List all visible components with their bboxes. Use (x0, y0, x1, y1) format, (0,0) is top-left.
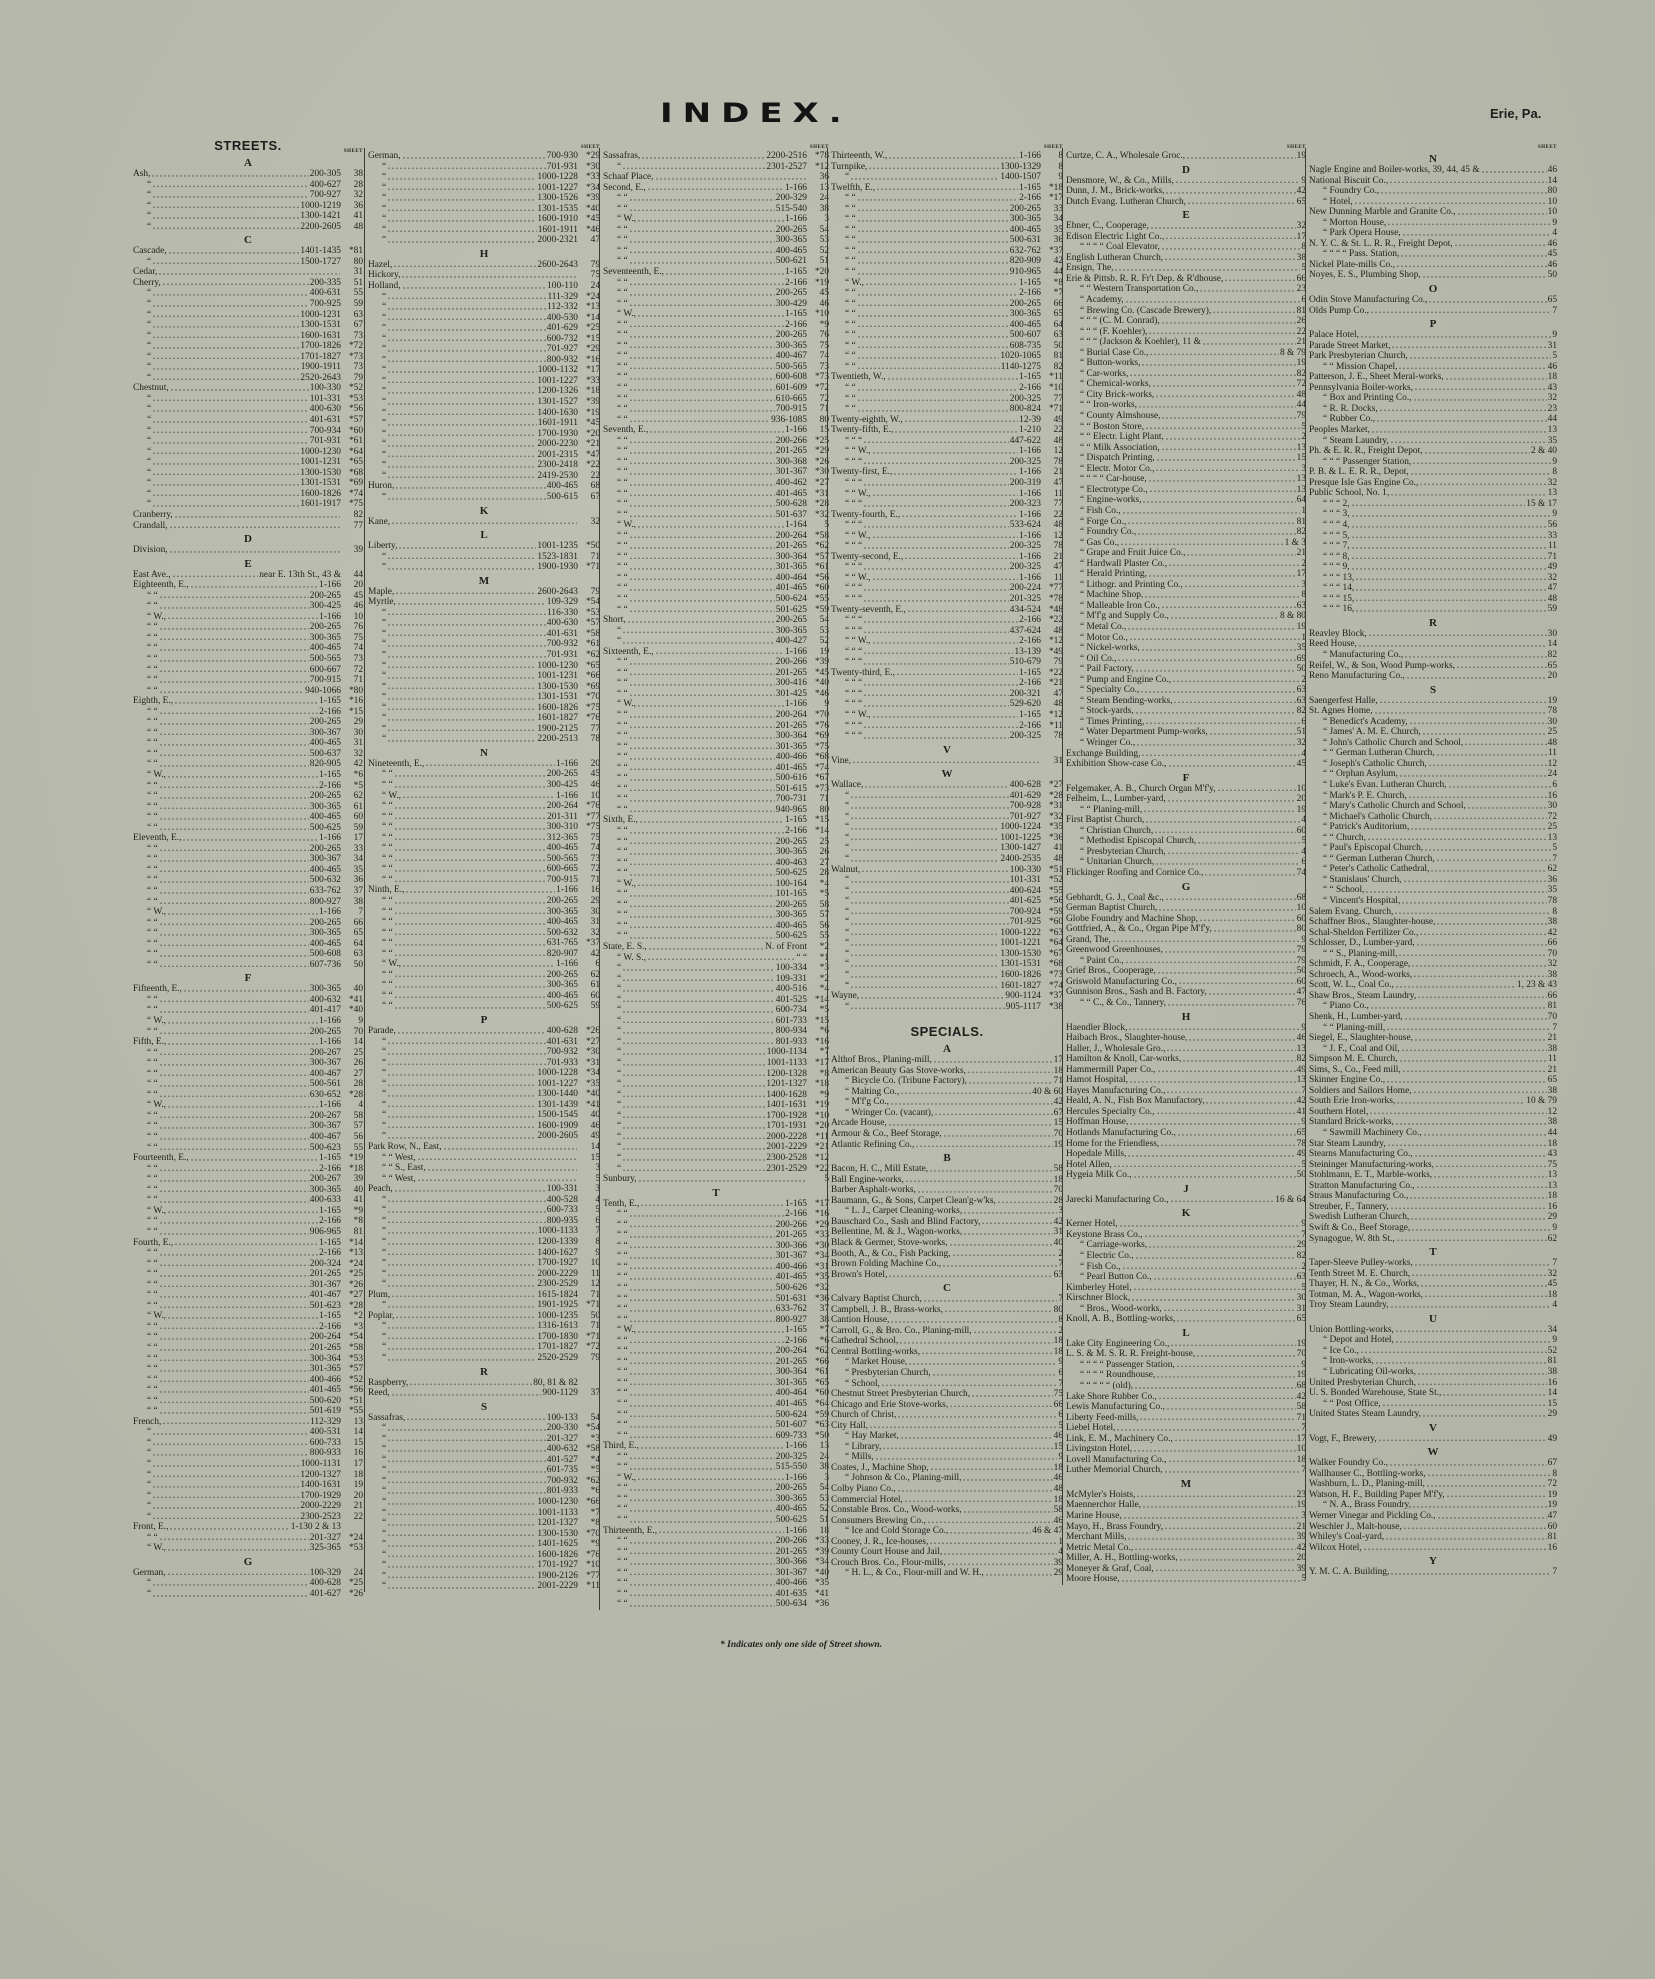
entry-range: 1-166 (319, 833, 341, 844)
entry-sheet: 13 (807, 1441, 829, 1452)
street-entry: “ “300-36553 (603, 1494, 829, 1505)
leader-dots (622, 1047, 766, 1058)
entry-name: “ W., (133, 1311, 166, 1322)
entry-range: 1-166 (785, 647, 807, 658)
street-entry: “1701-1931*20 (603, 1121, 829, 1132)
street-entry: “2001-2229*11 (368, 1581, 600, 1592)
entry-range: 500-625 (310, 823, 341, 834)
entry-sheet: *31 (807, 489, 829, 500)
entry-name: “ “ (831, 193, 856, 204)
special-entry: Barber Asphalt-works,70 (831, 1185, 1063, 1196)
entry-name: “ “ (603, 541, 628, 552)
street-entry: “400-628*25 (133, 1578, 363, 1589)
street-entry: “1001-1221*64 (831, 938, 1063, 949)
entry-sheet: *29 (807, 1220, 829, 1231)
special-entry: “ John's Catholic Church and School,48 (1309, 738, 1557, 749)
special-entry: “ Dispatch Printing,15 (1066, 453, 1306, 464)
leader-dots (1160, 1139, 1295, 1150)
entry-sheet: 10 (341, 612, 363, 623)
leader-dots (1467, 801, 1547, 812)
entry-name: Watson, H. F., Building Paper M'f'y, (1309, 1490, 1445, 1501)
leader-dots (896, 668, 1018, 679)
entry-name: “ “ (133, 675, 158, 686)
entry-name: “ (603, 963, 621, 974)
special-entry: Densmore, W., & Co., Mills,9 (1066, 176, 1306, 187)
entry-name: Brown's Hotel, (831, 1270, 887, 1281)
special-entry: “ Hardwall Plaster Co.,2 (1066, 559, 1306, 570)
entry-name: “ “ Planing-mill, (1309, 1023, 1385, 1034)
leader-dots (1168, 1455, 1296, 1466)
street-entry: “800-934*6 (603, 1026, 829, 1037)
entry-name: “ “ (831, 299, 856, 310)
street-entry: “ “101-165*5 (603, 889, 829, 900)
street-entry: “401-625*56 (831, 896, 1063, 907)
leader-dots (409, 1378, 532, 1389)
leader-dots (1127, 1532, 1295, 1543)
footnote: * Indicates only one side of Street show… (720, 1640, 882, 1650)
leader-dots (152, 489, 299, 500)
leader-dots (1143, 805, 1295, 816)
entry-sheet: *54 (578, 597, 600, 608)
entry-range: 300-365 (310, 984, 341, 995)
entry-range: 301-367 (310, 1280, 341, 1291)
entry-range: 1400-1631 (300, 1480, 341, 1491)
entry-range: 800-934 (776, 1026, 807, 1037)
entry-name: “ (368, 214, 386, 225)
entry-range: 400-630 (310, 404, 341, 415)
street-entry: Sixteenth, E.,1-16619 (603, 647, 829, 658)
leader-dots (152, 341, 299, 352)
entry-range: 1-166 (556, 791, 578, 802)
street-entry: “ “600-66772 (133, 665, 363, 676)
street-entry: Wallace,400-628*27 (831, 780, 1063, 791)
entry-name: Holland, (368, 281, 401, 292)
leader-dots (387, 450, 536, 461)
special-entry: Totman, M. A., Wagon-works,18 (1309, 1290, 1557, 1301)
entry-range: 2-166 (1019, 636, 1041, 647)
special-entry: Tenth Street M. E. Church,32 (1309, 1269, 1557, 1280)
entry-name: “ “ (133, 591, 158, 602)
entry-sheet: *22 (578, 460, 600, 471)
entry-name: “ (133, 362, 151, 373)
leader-dots (857, 320, 1009, 331)
entry-range: 300-429 (776, 299, 807, 310)
leader-dots (159, 823, 309, 834)
entry-range: 400-465 (776, 246, 807, 257)
entry-name: Seventeenth, E., (603, 267, 664, 278)
entry-sheet: 63 (341, 949, 363, 960)
entry-sheet: *37 (1041, 991, 1063, 1002)
street-entry: Twelfth, E.,1-165*18 (831, 183, 1063, 194)
entry-name: “ (368, 1518, 386, 1529)
leader-dots (1391, 341, 1546, 352)
entry-name: “ (831, 959, 849, 970)
entry-name: “ (368, 1465, 386, 1476)
leader-dots (1413, 1086, 1547, 1097)
entry-range: 1301-1439 (537, 1100, 578, 1111)
entry-sheet: 53 (807, 626, 829, 637)
entry-sheet: *28 (341, 1090, 363, 1101)
entry-sheet: 8 (1041, 162, 1063, 173)
leader-dots (857, 341, 1009, 352)
entry-range: 400-465 (310, 643, 341, 654)
special-entry: “ Bros., Wood-works,31 (1066, 1304, 1306, 1315)
leader-dots (850, 875, 1009, 886)
special-entry: Erie & Pittsb. R. R. Fr't Dep. & R'dhous… (1066, 274, 1306, 285)
entry-range: 112-332 (547, 302, 578, 313)
leader-dots (629, 193, 775, 204)
entry-range: 500-615 (547, 492, 578, 503)
street-entry: “ “201-311*77 (368, 812, 600, 823)
entry-name: Fifth, E., (133, 1037, 166, 1048)
leader-dots (1351, 531, 1547, 542)
special-entry: Calvary Baptist Church,7 (831, 1294, 1063, 1305)
entry-name: Washburn, L. D., Planing-mill, (1309, 1479, 1425, 1490)
entry-sheet: 3 (807, 214, 829, 225)
leader-dots (968, 1076, 1053, 1087)
entry-name: “ (368, 193, 386, 204)
street-entry: “400-53114 (133, 1427, 363, 1438)
leader-dots (1161, 242, 1301, 253)
entry-name: Booth, A., & Co., Fish Packing, (831, 1249, 951, 1260)
leader-dots (152, 404, 309, 415)
entry-sheet: *25 (341, 1578, 363, 1589)
entry-name: “ “ (133, 1343, 158, 1354)
leader-dots (629, 1262, 775, 1273)
entry-name: Nickel Plate-mills Co., (1309, 260, 1395, 271)
entry-range: 2520-2529 (537, 1353, 578, 1364)
entry-name: “ “ (831, 320, 856, 331)
entry-name: “ Unitarian Church, (1066, 857, 1154, 868)
entry-range: 200-265 (1010, 204, 1041, 215)
entry-name: “ Water Department Pump-works, (1066, 727, 1208, 738)
entry-sheet: 80 (807, 805, 829, 816)
entry-name: “ “ (603, 531, 628, 542)
entry-name: “ (133, 1512, 151, 1523)
entry-name: “ “ (831, 362, 856, 373)
special-entry: “ “ Post Office,15 (1309, 1399, 1557, 1410)
entry-range: 300-364 (776, 552, 807, 563)
leader-dots (872, 446, 1019, 457)
leader-dots (629, 805, 775, 816)
special-entry: “ “ “ 5,33 (1309, 531, 1557, 542)
entry-range: 400-633 (310, 1195, 341, 1206)
leader-dots (394, 907, 546, 918)
entry-range: 501-619 (310, 1406, 341, 1417)
street-entry: “ “401-465*31 (603, 489, 829, 500)
leader-dots (1142, 495, 1295, 506)
street-entry: “ “501-623*28 (133, 1301, 363, 1312)
street-entry: “ “500-56573 (603, 362, 829, 373)
leader-dots (905, 1175, 1053, 1186)
entry-sheet: 16 (578, 885, 600, 896)
street-entry: “400-632*58 (368, 1444, 600, 1455)
entry-name: “ “ (603, 320, 628, 331)
leader-dots (888, 1118, 1053, 1129)
entry-range: 300-367 (310, 1121, 341, 1132)
entry-name: “ (133, 1470, 151, 1481)
entry-range: 500-621 (776, 256, 807, 267)
leader-dots (1137, 527, 1295, 538)
leader-dots (387, 1089, 536, 1100)
entry-sheet: *57 (341, 1364, 363, 1375)
entry-name: “ (368, 562, 386, 573)
leader-dots (629, 868, 775, 879)
entry-name: Kimberley Hotel, (1066, 1283, 1132, 1294)
entry-name: Twenty-eighth, W., (831, 415, 903, 426)
entry-sheet (341, 1522, 363, 1533)
entry-name: “ “ “ (831, 457, 862, 468)
entry-range: 500-565 (776, 362, 807, 373)
entry-sheet: *53 (341, 394, 363, 405)
leader-dots (1140, 685, 1295, 696)
special-entry: County Court House and Jail,4 (831, 1547, 1063, 1558)
entry-sheet: *27 (578, 1037, 600, 1048)
entry-name: “ “ Milk Association, (1066, 443, 1160, 454)
entry-range: 401-465 (776, 583, 807, 594)
street-entry: “ “501-619*55 (133, 1406, 363, 1417)
street-entry: “ “300-36730 (133, 728, 363, 739)
entry-sheet: 46 (578, 1121, 600, 1132)
entry-sheet: *66 (578, 1497, 600, 1508)
entry-range: 900-1124 (1005, 991, 1041, 1002)
entry-sheet: *29 (578, 151, 600, 162)
entry-name: Felheim, L., Lumber-yard, (1066, 794, 1166, 805)
street-entry: “ “ “201-325*78 (831, 594, 1063, 605)
leader-dots (637, 309, 784, 320)
special-entry: Greenwood Greenhouses,79 (1066, 945, 1306, 956)
special-entry: New Dunning Marble and Granite Co.,10 (1309, 207, 1557, 218)
entry-name: “ Hardwall Plaster Co., (1066, 559, 1167, 570)
street-entry: “1600-1826*75 (368, 703, 600, 714)
leader-dots (159, 686, 304, 697)
entry-name: “ “ (831, 246, 856, 257)
entry-name: “ “ (603, 773, 628, 784)
street-entry: “ “ “13-139*49 (831, 647, 1063, 658)
entry-name: “ “ “ 13, (1309, 573, 1354, 584)
entry-sheet: *32 (807, 1283, 829, 1294)
specials-column-1: SHEETAAlthof Bros., Planing-mill,17Ameri… (831, 1034, 1063, 1579)
leader-dots (622, 162, 765, 173)
street-entry: Seventeenth, E.,1-165*20 (603, 267, 829, 278)
entry-name: “ “ (603, 562, 628, 573)
leader-dots (1204, 868, 1295, 879)
street-entry: “ “500-624*55 (603, 594, 829, 605)
street-entry: “ “400-46564 (133, 939, 363, 950)
special-entry: Sims, S., Co., Feed mill,21 (1309, 1065, 1557, 1076)
entry-sheet: 39 (341, 545, 363, 556)
entry-range: 201-327 (310, 1533, 341, 1544)
entry-name: Cooney, J. R., Ice-houses, (831, 1537, 928, 1548)
leader-dots (152, 299, 309, 310)
leader-dots (394, 938, 546, 949)
entry-sheet: *68 (807, 752, 829, 763)
entry-name: “ (831, 843, 849, 854)
entry-sheet: *10 (807, 1111, 829, 1122)
entry-name: “ (368, 661, 386, 672)
leader-dots (1156, 1107, 1296, 1118)
leader-dots (387, 193, 536, 204)
entry-name: “ (368, 172, 386, 183)
entry-name: “ (133, 394, 151, 405)
leader-dots (387, 439, 536, 450)
leader-dots (159, 1027, 309, 1038)
leader-dots (1205, 1096, 1295, 1107)
entry-name: “ (133, 447, 151, 458)
entry-name: “ Mary's Catholic Church and School, (1309, 801, 1466, 812)
street-entry: “ “200-26566 (831, 299, 1063, 310)
entry-sheet: *56 (807, 573, 829, 584)
street-entry: “1201-1327*8 (368, 1518, 600, 1529)
leader-dots (629, 1220, 775, 1231)
leader-dots (629, 1504, 775, 1515)
entry-name: “ (368, 376, 386, 387)
street-entry: “800-932*16 (368, 355, 600, 366)
entry-sheet: *27 (807, 478, 829, 489)
leader-dots (942, 1259, 1057, 1270)
leader-dots (402, 281, 547, 292)
street-entry: “1316-161371 (368, 1321, 600, 1332)
entry-sheet: 66 (1548, 938, 1557, 949)
leader-dots (159, 707, 318, 718)
entry-name: “ “ (603, 1388, 628, 1399)
entry-sheet: *22 (1041, 668, 1063, 679)
leader-dots (394, 801, 546, 812)
leader-dots (850, 917, 1009, 928)
street-entry: “111-329*24 (368, 292, 600, 303)
entry-sheet: 72 (341, 665, 363, 676)
leader-dots (629, 446, 775, 457)
entry-name: “ (603, 636, 621, 647)
leader-dots (923, 1294, 1057, 1305)
streets-column-2: SHEETGerman,700-930*29“701-931*30“1000-1… (364, 148, 600, 1592)
leader-dots (1176, 1360, 1301, 1371)
entry-name: “ “ “ 5, (1309, 531, 1350, 542)
leader-dots (622, 1121, 765, 1132)
entry-range: 1001-1231 (300, 457, 341, 468)
entry-sheet: 7 (1552, 854, 1557, 865)
entry-name: “ “ (603, 489, 628, 500)
special-entry: Swift & Co., Beef Storage,9 (1309, 1223, 1557, 1234)
leader-dots (1435, 1160, 1547, 1171)
entry-sheet: *76 (578, 713, 600, 724)
entry-range: 300-365 (310, 802, 341, 813)
leader-dots (387, 1100, 536, 1111)
entry-sheet: 6 (578, 959, 600, 970)
street-entry: “1001-1227*34 (368, 183, 600, 194)
special-entry: Patterson, J. E., Sheet Meral-works,18 (1309, 372, 1557, 383)
entry-name: “ “ (603, 1578, 628, 1589)
entry-sheet: *14 (341, 1238, 363, 1249)
leader-dots (622, 1037, 775, 1048)
entry-name: P. B. & L. E. R. R., Depot, (1309, 467, 1409, 478)
street-entry: “ “301-367*30 (603, 467, 829, 478)
leader-dots (1368, 629, 1547, 640)
entry-sheet: *55 (807, 594, 829, 605)
special-entry: Armour & Co., Beef Storage,70 (831, 1129, 1063, 1140)
entry-range: 1600-1909 (537, 1121, 578, 1132)
entry-name: Marine House, (1066, 1511, 1122, 1522)
leader-dots (159, 665, 309, 676)
entry-name: “ (368, 323, 386, 334)
leader-dots (387, 1216, 546, 1227)
entry-name: “ Ice Co., (1309, 1346, 1359, 1357)
entry-sheet: *77 (1041, 583, 1063, 594)
leader-dots (1411, 959, 1546, 970)
entry-name: “ (368, 1110, 386, 1121)
leader-dots (159, 1259, 309, 1270)
entry-range: 325-365 (310, 1543, 341, 1554)
entry-sheet: 11 (1548, 748, 1557, 759)
street-entry: “ “200-26554 (603, 225, 829, 236)
entry-sheet: 55 (807, 931, 829, 942)
entry-range: 400-464 (776, 573, 807, 584)
leader-dots (629, 1515, 775, 1526)
letter-heading: H (1066, 1009, 1306, 1023)
special-entry: “ Metal Co.,19 (1066, 622, 1306, 633)
entry-sheet: *15 (341, 707, 363, 718)
leader-dots (1416, 938, 1547, 949)
entry-sheet: 46 (1548, 362, 1557, 373)
entry-name: “ “ (603, 204, 628, 215)
special-entry: “ Morton House,9 (1309, 218, 1557, 229)
entry-range: 200-265 (776, 225, 807, 236)
street-entry: “ “ “437-62448 (831, 626, 1063, 637)
leader-dots (1390, 1202, 1547, 1213)
entry-name: “ “ Iron-works, (1066, 400, 1137, 411)
leader-dots (159, 960, 309, 971)
entry-sheet: 12 (1548, 759, 1557, 770)
street-entry: “ “ “2-166*21 (831, 678, 1063, 689)
leader-dots (1442, 1388, 1546, 1399)
entry-name: Twenty-seventh, E., (831, 605, 906, 616)
street-entry: Holland,100-11024 (368, 281, 600, 292)
entry-range: 1-166 (556, 885, 578, 896)
leader-dots (622, 1058, 766, 1069)
leader-dots (394, 864, 546, 875)
entry-sheet: 31 (341, 267, 363, 278)
special-entry: “ Motor Co.,1 (1066, 633, 1306, 644)
letter-heading: A (831, 1041, 1063, 1055)
entry-name: “ Michael's Catholic Church, (1309, 812, 1432, 823)
street-entry: “ “300-36575 (133, 633, 363, 644)
entry-range: 400-465 (1010, 320, 1041, 331)
street-entry: “401-631*58 (368, 629, 600, 640)
entry-name: U. S. Bonded Warehouse, State St., (1309, 1388, 1441, 1399)
entry-name: “ Electrotype Co., (1066, 485, 1148, 496)
entry-range: 200-266 (776, 1536, 807, 1547)
entry-name: Ph. & E. R. R., Freight Depot, (1309, 446, 1423, 457)
leader-dots (1213, 924, 1296, 935)
special-entry: Lake City Engineering Co.,19 (1066, 1339, 1306, 1350)
entry-range: 500-625 (776, 1515, 807, 1526)
entry-sheet: *76 (807, 721, 829, 732)
street-entry: “ “300-36534 (831, 214, 1063, 225)
leader-dots (1374, 706, 1547, 717)
entry-sheet: 21 (1548, 1065, 1557, 1076)
leader-dots (882, 1442, 1052, 1453)
entry-name: “ “ (133, 1259, 158, 1270)
leader-dots (894, 425, 1018, 436)
entry-sheet: 77 (578, 724, 600, 735)
entry-name: “ (133, 489, 151, 500)
entry-name: Whiley's Coal-yard, (1309, 1532, 1384, 1543)
entry-name: “ W., (603, 520, 636, 531)
entry-sheet: 79 (1041, 657, 1063, 668)
leader-dots (159, 1406, 309, 1417)
entry-sheet: 58 (807, 900, 829, 911)
street-entry: “ “201-327*24 (133, 1533, 363, 1544)
